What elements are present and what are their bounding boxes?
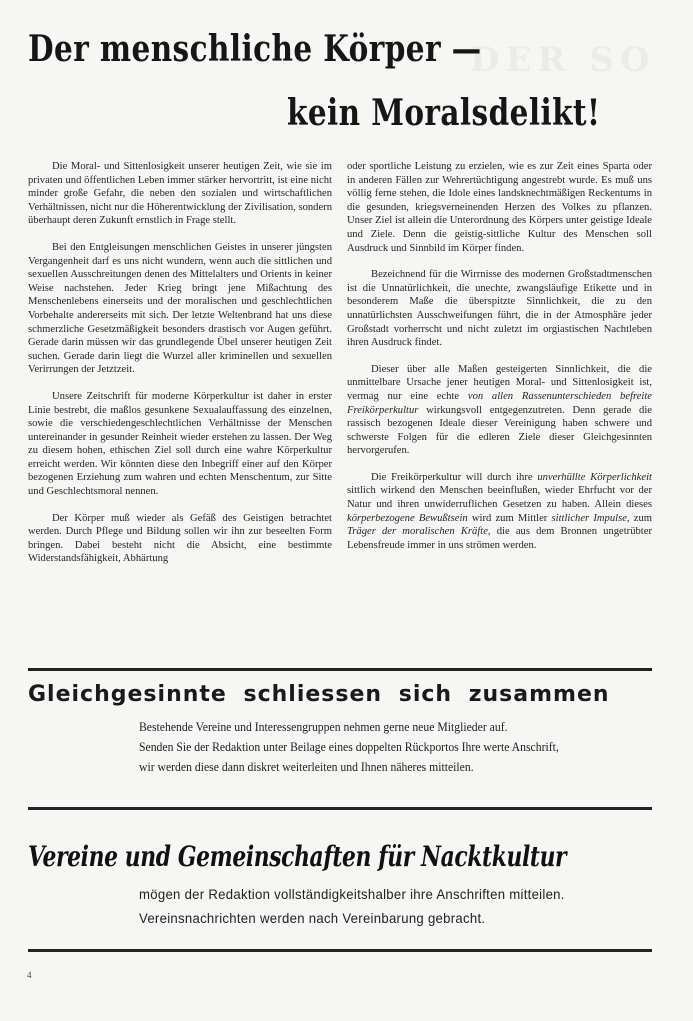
article-paragraph: Unsere Zeitschrift für moderne Körperkul… [28,390,332,499]
horizontal-rule [28,949,652,952]
title-line-2: kein Moralsdelikt! [287,92,600,134]
horizontal-rule [28,668,652,671]
article-right-column: oder sportliche Leistung zu erzielen, wi… [347,160,652,565]
article-paragraph: Dieser über alle Maßen gesteigerten Sinn… [347,363,652,458]
notice-heading-gleichgesinnte: Gleichgesinnte schliessen sich zusammen [28,682,610,707]
notice-line: wir werden diese dann diskret weiterleit… [139,757,607,777]
emphasis-text: Träger der moralischen Kräfte [347,526,488,537]
article-paragraph: Die Freikörperkultur will durch ihre unv… [347,471,652,553]
article-paragraph: Die Moral- und Sittenlosigkeit unserer h… [28,160,332,228]
emphasis-text: körperbezogene Bewußtsein [347,513,468,524]
bleed-through-text: DER SO [470,40,656,80]
notice-heading-vereine: Vereine und Gemeinschaften für Nacktkult… [28,840,566,873]
title-line-1: Der menschliche Körper — [28,28,482,70]
page-number: 4 [27,970,32,980]
article-paragraph: Bei den Entgleisungen menschlichen Geist… [28,241,332,377]
text-run: sittlich wirkend den Menschen beeinfluße… [347,485,652,510]
emphasis-text: sittlicher Impulse [552,513,627,524]
text-run: , zum [627,513,652,524]
text-run: wird zum Mittler [468,513,552,524]
emphasis-text: unverhüllte Körperlichkeit [537,472,652,483]
notice-body-gleichgesinnte: Bestehende Vereine und Interessengruppen… [139,717,607,777]
article-paragraph: Bezeichnend für die Wirrnisse des modern… [347,268,652,350]
notice-line: Vereinsnachrichten werden nach Vereinbar… [139,906,628,930]
notice-line: Senden Sie der Redaktion unter Beilage e… [139,737,607,757]
article-left-column: Die Moral- und Sittenlosigkeit unserer h… [28,160,332,579]
notice-line: Bestehende Vereine und Interessengruppen… [139,717,607,737]
horizontal-rule [28,807,652,810]
magazine-page: DER SO Der menschliche Körper — kein Mor… [0,0,693,1021]
text-run: Die Freikörperkultur will durch ihre [371,472,537,483]
notice-line: mögen der Redaktion vollständigkeitshalb… [139,882,628,906]
notice-body-vereine: mögen der Redaktion vollständigkeitshalb… [139,882,628,930]
article-paragraph: Der Körper muß wieder als Gefäß des Geis… [28,512,332,566]
article-paragraph: oder sportliche Leistung zu erzielen, wi… [347,160,652,255]
